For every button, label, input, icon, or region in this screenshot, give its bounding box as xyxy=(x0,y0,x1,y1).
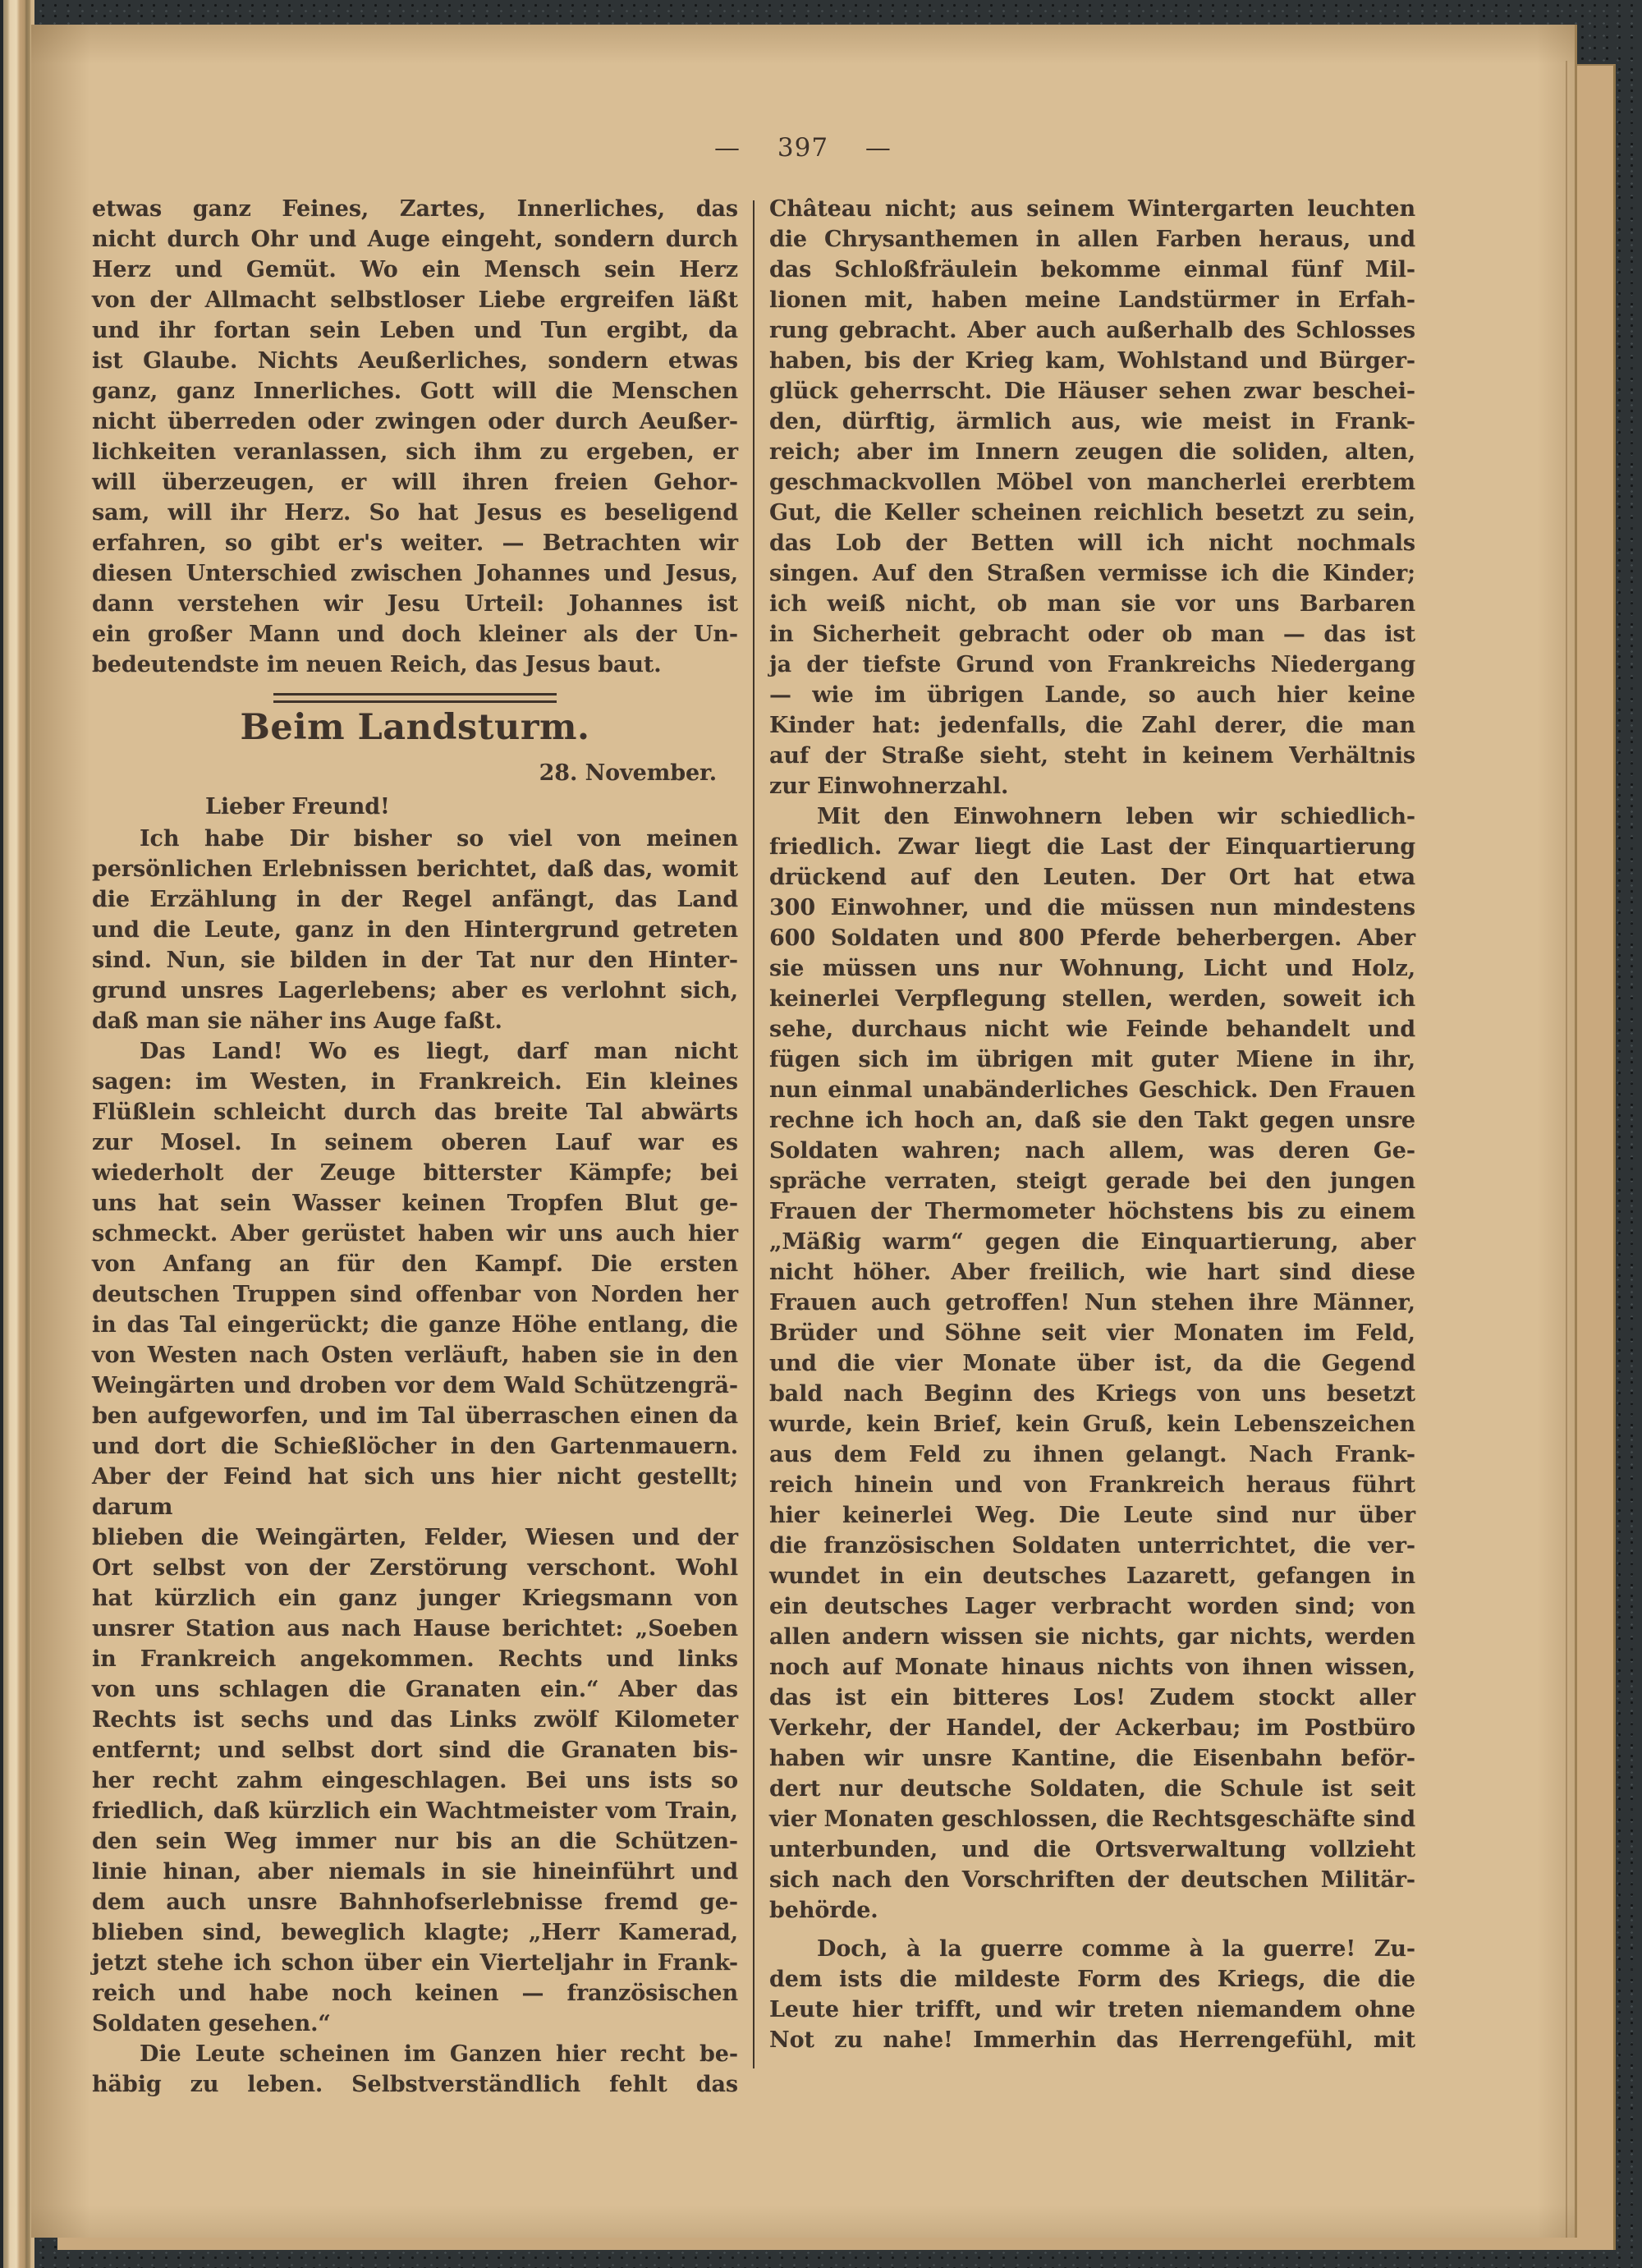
text-line: persönlichen Erlebnissen berichtet, daß … xyxy=(92,854,738,884)
text-line: reich und habe noch keinen — französisch… xyxy=(92,1978,738,2009)
text-line: vier Monaten geschlossen, die Rechtsgesc… xyxy=(769,1804,1415,1834)
text-line: und ihr fortan sein Leben und Tun ergibt… xyxy=(92,315,738,346)
text-line: 300 Einwohner, und die müssen nun mindes… xyxy=(769,893,1415,923)
text-line: Die Leute scheinen im Ganzen hier recht … xyxy=(92,2039,738,2069)
text-line: spräche verraten, steigt gerade bei den … xyxy=(769,1166,1415,1196)
text-line: dert nur deutsche Soldaten, die Schule i… xyxy=(769,1774,1415,1804)
text-line: zur Einwohnerzahl. xyxy=(769,771,1415,801)
text-line: wiederholt der Zeuge bitterster Kämpfe; … xyxy=(92,1158,738,1188)
text-line: die Chrysanthemen in allen Farben heraus… xyxy=(769,224,1415,255)
section-title: Beim Landsturm. xyxy=(92,713,738,743)
page-number: — 397 — xyxy=(31,133,1575,163)
text-line: keinerlei Verpflegung stellen, werden, s… xyxy=(769,984,1415,1014)
paragraph: Doch, à la guerre comme à la guerre! Zu-… xyxy=(769,1934,1415,2055)
text-line: ich weiß nicht, ob man sie vor uns Barba… xyxy=(769,589,1415,619)
text-line: will überzeugen, er will ihren freien Ge… xyxy=(92,467,738,498)
text-line: Ich habe Dir bisher so viel von meinen xyxy=(92,824,738,854)
text-line: lionen mit, haben meine Landstürmer in E… xyxy=(769,285,1415,315)
paragraph: Ich habe Dir bisher so viel von meinenpe… xyxy=(92,824,738,1036)
text-line: Château nicht; aus seinem Wintergarten l… xyxy=(769,194,1415,224)
text-line: von der Allmacht selbstloser Liebe ergre… xyxy=(92,285,738,315)
text-line: ist Glaube. Nichts Aeußerliches, sondern… xyxy=(92,346,738,376)
text-line: geschmackvollen Möbel von mancherlei ere… xyxy=(769,467,1415,498)
text-line: sie müssen uns nur Wohnung, Licht und Ho… xyxy=(769,953,1415,984)
text-line: jetzt stehe ich schon über ein Viertelja… xyxy=(92,1948,738,1978)
text-line: deutschen Truppen sind offenbar von Nord… xyxy=(92,1279,738,1310)
text-line: und die vier Monate über ist, da die Geg… xyxy=(769,1348,1415,1379)
text-line: Verkehr, der Handel, der Ackerbau; im Po… xyxy=(769,1713,1415,1743)
text-line: sich nach den Vorschriften der deutschen… xyxy=(769,1865,1415,1895)
salutation: Lieber Freund! xyxy=(92,792,738,822)
text-line: reich hinein und von Frankreich heraus f… xyxy=(769,1470,1415,1500)
text-line: Kinder hat: jedenfalls, die Zahl derer, … xyxy=(769,710,1415,741)
text-line: hat kürzlich ein ganz junger Kriegsmann … xyxy=(92,1583,738,1614)
text-line: glück geherrscht. Die Häuser sehen zwar … xyxy=(769,376,1415,406)
text-line: auf der Straße sieht, steht in keinem Ve… xyxy=(769,741,1415,771)
text-line: diesen Unterschied zwischen Johannes und… xyxy=(92,558,738,589)
text-line: unsrer Station aus nach Hause berichtet:… xyxy=(92,1614,738,1644)
text-line: her recht zahm eingeschlagen. Bei uns is… xyxy=(92,1765,738,1796)
text-line: fügen sich im übrigen mit guter Miene in… xyxy=(769,1044,1415,1075)
text-line: bald nach Beginn des Kriegs von uns bese… xyxy=(769,1379,1415,1409)
text-line: allen andern wissen sie nichts, gar nich… xyxy=(769,1622,1415,1652)
text-line: „Mäßig warm“ gegen die Einquartierung, a… xyxy=(769,1227,1415,1257)
text-line: blieben sind, beweglich klagte; „Herr Ka… xyxy=(92,1917,738,1948)
text-line: grund unsres Lagerlebens; aber es verloh… xyxy=(92,976,738,1006)
text-line: Soldaten gesehen.“ xyxy=(92,2009,738,2039)
column-divider xyxy=(753,200,754,2068)
text-line: das Schloßfräulein bekomme einmal fünf M… xyxy=(769,255,1415,285)
text-line: Rechts ist sechs und das Links zwölf Kil… xyxy=(92,1705,738,1735)
text-line: und dort die Schießlöcher in den Gartenm… xyxy=(92,1431,738,1462)
text-line: wundet in ein deutsches Lazarett, gefang… xyxy=(769,1561,1415,1591)
text-line: unterbunden, und die Ortsverwaltung voll… xyxy=(769,1834,1415,1865)
text-line: nicht überreden oder zwingen oder durch … xyxy=(92,406,738,437)
text-line: singen. Auf den Straßen vermisse ich die… xyxy=(769,558,1415,589)
text-line: rechne ich hoch an, daß sie den Takt geg… xyxy=(769,1105,1415,1136)
text-line: ganz, ganz Innerliches. Gott will die Me… xyxy=(92,376,738,406)
text-line: von Anfang an für den Kampf. Die ersten xyxy=(92,1249,738,1279)
text-line: Frauen der Thermometer höchstens bis zu … xyxy=(769,1196,1415,1227)
section-divider xyxy=(273,693,557,703)
text-line: sind. Nun, sie bilden in der Tat nur den… xyxy=(92,945,738,976)
text-line: häbig zu leben. Selbstverständlich fehlt… xyxy=(92,2069,738,2100)
paragraph: Château nicht; aus seinem Wintergarten l… xyxy=(769,194,1415,801)
text-line: blieben die Weingärten, Felder, Wiesen u… xyxy=(92,1522,738,1553)
text-line: 600 Soldaten und 800 Pferde beherbergen.… xyxy=(769,923,1415,953)
text-line: in Frankreich angekommen. Rechts und lin… xyxy=(92,1644,738,1674)
text-line: dem auch unsre Bahnhofserlebnisse fremd … xyxy=(92,1887,738,1917)
text-line: noch auf Monate hinaus nichts von ihnen … xyxy=(769,1652,1415,1683)
text-line: die französischen Soldaten unterrichtet,… xyxy=(769,1531,1415,1561)
text-line: etwas ganz Feines, Zartes, Innerliches, … xyxy=(92,194,738,224)
text-line: friedlich, daß kürzlich ein Wachtmeister… xyxy=(92,1796,738,1826)
text-line: nicht höher. Aber freilich, wie hart sin… xyxy=(769,1257,1415,1288)
text-line: Herz und Gemüt. Wo ein Mensch sein Herz xyxy=(92,255,738,285)
text-line: ben aufgeworfen, und im Tal überraschen … xyxy=(92,1401,738,1431)
book-spine-pages xyxy=(0,0,34,2268)
text-line: und die Leute, ganz in den Hintergrund g… xyxy=(92,915,738,945)
paragraph: Die Leute scheinen im Ganzen hier recht … xyxy=(92,2039,738,2100)
text-line: wurde, kein Brief, kein Gruß, kein Leben… xyxy=(769,1409,1415,1439)
paragraph: Das Land! Wo es liegt, darf man nichtsag… xyxy=(92,1036,738,2039)
page-content: etwas ganz Feines, Zartes, Innerliches, … xyxy=(92,194,1415,2100)
text-line: rung gebracht. Aber auch außerhalb des S… xyxy=(769,315,1415,346)
text-line: Leute hier trifft, und wir treten nieman… xyxy=(769,1995,1415,2025)
text-line: das ist ein bitteres Los! Zudem stockt a… xyxy=(769,1683,1415,1713)
text-line: uns hat sein Wasser keinen Tropfen Blut … xyxy=(92,1188,738,1219)
text-line: nicht durch Ohr und Auge eingeht, sonder… xyxy=(92,224,738,255)
text-line: Soldaten wahren; nach allem, was deren G… xyxy=(769,1136,1415,1166)
text-line: friedlich. Zwar liegt die Last der Einqu… xyxy=(769,832,1415,862)
text-line: von uns schlagen die Granaten ein.“ Aber… xyxy=(92,1674,738,1705)
text-line: zur Mosel. In seinem oberen Lauf war es xyxy=(92,1127,738,1158)
text-line: ein großer Mann und doch kleiner als der… xyxy=(92,619,738,650)
text-line: den, dürftig, ärmlich aus, wie meist in … xyxy=(769,406,1415,437)
text-line: das Lob der Betten will ich nicht nochma… xyxy=(769,528,1415,558)
text-line: die Erzählung in der Regel anfängt, das … xyxy=(92,884,738,915)
text-line: dann verstehen wir Jesu Urteil: Johannes… xyxy=(92,589,738,619)
text-line: Flüßlein schleicht durch das breite Tal … xyxy=(92,1097,738,1127)
text-line: Ort selbst von der Zerstörung verschont.… xyxy=(92,1553,738,1583)
text-line: hier keinerlei Weg. Die Leute sind nur ü… xyxy=(769,1500,1415,1531)
text-line: sagen: im Westen, in Frankreich. Ein kle… xyxy=(92,1067,738,1097)
text-line: — wie im übrigen Lande, so auch hier kei… xyxy=(769,680,1415,710)
text-line: von Westen nach Osten verläuft, haben si… xyxy=(92,1340,738,1370)
text-line: entfernt; und selbst dort sind die Grana… xyxy=(92,1735,738,1765)
text-line: Not zu nahe! Immerhin das Herrengefühl, … xyxy=(769,2025,1415,2055)
text-line: Gut, die Keller scheinen reichlich beset… xyxy=(769,498,1415,528)
dateline: 28. November. xyxy=(92,758,738,788)
text-line: den sein Weg immer nur bis an die Schütz… xyxy=(92,1826,738,1857)
book-page: — 397 — etwas ganz Feines, Zartes, Inner… xyxy=(31,25,1577,2238)
text-line: nun einmal unabänderliches Geschick. Den… xyxy=(769,1075,1415,1105)
text-line: aus dem Feld zu ihnen gelangt. Nach Fran… xyxy=(769,1439,1415,1470)
text-line: Frauen auch getroffen! Nun stehen ihre M… xyxy=(769,1288,1415,1318)
text-line: lichkeiten veranlassen, sich ihm zu erge… xyxy=(92,437,738,467)
text-line: behörde. xyxy=(769,1895,1415,1926)
paragraph: etwas ganz Feines, Zartes, Innerliches, … xyxy=(92,194,738,680)
text-line: in Sicherheit gebracht oder ob man — das… xyxy=(769,619,1415,650)
right-column: Château nicht; aus seinem Wintergarten l… xyxy=(769,194,1415,2100)
paragraph: Mit den Einwohnern leben wir schiedlich-… xyxy=(769,801,1415,1926)
text-line: sehe, durchaus nicht wie Feinde behandel… xyxy=(769,1014,1415,1044)
text-line: Mit den Einwohnern leben wir schiedlich- xyxy=(769,801,1415,832)
text-line: haben wir unsre Kantine, die Eisenbahn b… xyxy=(769,1743,1415,1774)
text-line: reich; aber im Innern zeugen die soliden… xyxy=(769,437,1415,467)
text-line: daß man sie näher ins Auge faßt. xyxy=(92,1006,738,1036)
text-line: drückend auf den Leuten. Der Ort hat etw… xyxy=(769,862,1415,893)
left-column: etwas ganz Feines, Zartes, Innerliches, … xyxy=(92,194,738,2100)
text-line: in das Tal eingerückt; die ganze Höhe en… xyxy=(92,1310,738,1340)
text-line: dem ists die mildeste Form des Kriegs, d… xyxy=(769,1964,1415,1995)
text-line: ja der tiefste Grund von Frankreichs Nie… xyxy=(769,650,1415,680)
text-line: Das Land! Wo es liegt, darf man nicht xyxy=(92,1036,738,1067)
book-photo: { "colors": { "paper": "#d9be95", "ink":… xyxy=(0,0,1642,2268)
text-line: erfahren, so gibt er's weiter. — Betrach… xyxy=(92,528,738,558)
text-line: linie hinan, aber niemals in sie hineinf… xyxy=(92,1857,738,1887)
text-line: bedeutendste im neuen Reich, das Jesus b… xyxy=(92,650,738,680)
text-line: sam, will ihr Herz. So hat Jesus es bese… xyxy=(92,498,738,528)
text-line: ein deutsches Lager verbracht worden sin… xyxy=(769,1591,1415,1622)
text-line: schmeckt. Aber gerüstet haben wir uns au… xyxy=(92,1219,738,1249)
text-line: Doch, à la guerre comme à la guerre! Zu- xyxy=(769,1934,1415,1964)
text-line: Brüder und Söhne seit vier Monaten im Fe… xyxy=(769,1318,1415,1348)
text-line: haben, bis der Krieg kam, Wohlstand und … xyxy=(769,346,1415,376)
text-line: Aber der Feind hat sich uns hier nicht g… xyxy=(92,1462,738,1522)
text-line: Weingärten und droben vor dem Wald Schüt… xyxy=(92,1370,738,1401)
